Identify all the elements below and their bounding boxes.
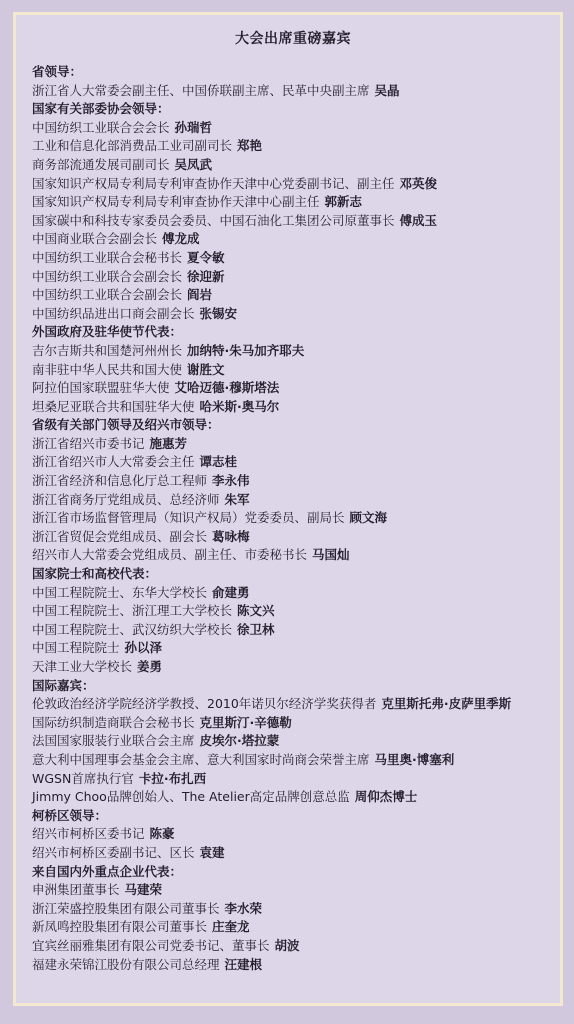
guest-line: 绍兴市柯桥区委书记陈豪 xyxy=(32,825,554,844)
guest-name: 张锡安 xyxy=(200,306,238,321)
guest-name: 孙瑞哲 xyxy=(175,120,213,135)
section-header-national-ministries: 国家有关部委协会领导： xyxy=(32,100,554,119)
guest-name: 周仰杰博士 xyxy=(355,789,418,804)
guest-name: 郑艳 xyxy=(237,138,262,153)
guest-role: 浙江荣盛控股集团有限公司董事长 xyxy=(32,901,220,916)
guest-role: 国家知识产权局专利局专利审查协作天津中心党委副书记、副主任 xyxy=(32,176,395,191)
guest-line: 中国纺织工业联合会副会长徐迎新 xyxy=(32,268,554,287)
guest-line: 浙江荣盛控股集团有限公司董事长李水荣 xyxy=(32,900,554,919)
guest-role: 中国纺织工业联合会秘书长 xyxy=(32,250,182,265)
guest-name: 施惠芳 xyxy=(150,436,188,451)
section-header-province-leaders: 省领导： xyxy=(32,63,554,82)
guest-name: 陈文兴 xyxy=(237,603,275,618)
guest-role: 浙江省绍兴市委书记 xyxy=(32,436,145,451)
guest-line: 宜宾丝丽雅集团有限公司党委书记、董事长胡波 xyxy=(32,937,554,956)
guest-role: 浙江省绍兴市人大常委会主任 xyxy=(32,454,195,469)
guest-name: 卡拉·布扎西 xyxy=(139,771,206,786)
guest-line: 天津工业大学校长姜勇 xyxy=(32,658,554,677)
guest-role: 工业和信息化部消费品工业司副司长 xyxy=(32,138,232,153)
guest-role: 国际纺织制造商联合会秘书长 xyxy=(32,715,195,730)
guest-line: 绍兴市人大常委会党组成员、副主任、市委秘书长马国灿 xyxy=(32,546,554,565)
guest-role: 中国纺织工业联合会副会长 xyxy=(32,269,182,284)
guest-line: 阿拉伯国家联盟驻华大使艾哈迈德·穆斯塔法 xyxy=(32,379,554,398)
guest-role: 浙江省经济和信息化厅总工程师 xyxy=(32,473,207,488)
guest-name: 皮埃尔·塔拉蒙 xyxy=(200,733,280,748)
guest-role: WGSN首席执行官 xyxy=(32,771,134,786)
guest-role: 国家碳中和科技专家委员会委员、中国石油化工集团公司原董事长 xyxy=(32,213,395,228)
guest-name: 哈米斯·奥马尔 xyxy=(200,399,280,414)
guest-role: 伦敦政治经济学院经济学教授、2010年诺贝尔经济学奖获得者 xyxy=(32,696,376,711)
guest-name: 马里奥·博塞利 xyxy=(375,752,455,767)
guest-line: 浙江省绍兴市委书记施惠芳 xyxy=(32,435,554,454)
guest-name: 孙以泽 xyxy=(125,640,163,655)
guest-name: 庄奎龙 xyxy=(212,919,250,934)
section-header-provincial-departments: 省级有关部门领导及绍兴市领导： xyxy=(32,416,554,435)
guest-line: 中国工程院院士、武汉纺织大学校长徐卫林 xyxy=(32,621,554,640)
guest-line: 福建永荣锦江股份有限公司总经理汪建根 xyxy=(32,956,554,975)
guest-role: 国家知识产权局专利局专利审查协作天津中心副主任 xyxy=(32,194,320,209)
guest-name: 夏令敏 xyxy=(187,250,225,265)
guest-name: 马国灿 xyxy=(312,547,350,562)
guest-role: 中国商业联合会副会长 xyxy=(32,231,157,246)
guest-role: 中国工程院院士 xyxy=(32,640,120,655)
guest-role: 阿拉伯国家联盟驻华大使 xyxy=(32,380,170,395)
guest-name: 俞建勇 xyxy=(212,585,250,600)
guest-name: 袁建 xyxy=(200,845,225,860)
guest-role: 绍兴市柯桥区委书记 xyxy=(32,826,145,841)
guest-role: 浙江省商务厅党组成员、总经济师 xyxy=(32,492,220,507)
guest-role: 福建永荣锦江股份有限公司总经理 xyxy=(32,957,220,972)
guest-name: 克里斯汀·辛德勒 xyxy=(200,715,292,730)
guest-role: 绍兴市人大常委会党组成员、副主任、市委秘书长 xyxy=(32,547,307,562)
guest-role: 申洲集团董事长 xyxy=(32,882,120,897)
section-header-foreign-government: 外国政府及驻华使节代表： xyxy=(32,323,554,342)
section-header-academicians: 国家院士和高校代表： xyxy=(32,565,554,584)
guest-line: 中国商业联合会副会长傅龙成 xyxy=(32,230,554,249)
guest-name: 葛咏梅 xyxy=(212,529,250,544)
guest-name: 傅成玉 xyxy=(400,213,438,228)
decorative-border-frame: 大会出席重磅嘉宾 省领导： 浙江省人大常委会副主任、中国侨联副主席、民革中央副主… xyxy=(13,12,563,1006)
guest-role: 新凤鸣控股集团有限公司董事长 xyxy=(32,919,207,934)
guest-name: 顾文海 xyxy=(350,510,388,525)
guest-role: 天津工业大学校长 xyxy=(32,659,132,674)
guest-line: 申洲集团董事长马建荣 xyxy=(32,881,554,900)
guest-line: 浙江省绍兴市人大常委会主任谭志桂 xyxy=(32,453,554,472)
guest-role: 中国纺织工业联合会副会长 xyxy=(32,287,182,302)
guest-role: 中国工程院院士、东华大学校长 xyxy=(32,585,207,600)
section-header-keqiao-leaders: 柯桥区领导： xyxy=(32,807,554,826)
guest-name: 邓英俊 xyxy=(400,176,438,191)
guest-line: 国家碳中和科技专家委员会委员、中国石油化工集团公司原董事长傅成玉 xyxy=(32,212,554,231)
guest-role: 商务部流通发展司副司长 xyxy=(32,157,170,172)
guest-line: 浙江省商务厅党组成员、总经济师朱军 xyxy=(32,491,554,510)
guest-role: 吉尔吉斯共和国楚河州州长 xyxy=(32,343,182,358)
guest-role: 中国纺织品进出口商会副会长 xyxy=(32,306,195,321)
guest-name: 李永伟 xyxy=(212,473,250,488)
section-header-international-guests: 国际嘉宾： xyxy=(32,677,554,696)
guest-line: 工业和信息化部消费品工业司副司长郑艳 xyxy=(32,137,554,156)
guest-name: 郭新志 xyxy=(325,194,363,209)
guest-role: 绍兴市柯桥区委副书记、区长 xyxy=(32,845,195,860)
guest-line: 浙江省人大常委会副主任、中国侨联副主席、民革中央副主席吴晶 xyxy=(32,82,554,101)
section-header-enterprise-representatives: 来自国内外重点企业代表： xyxy=(32,863,554,882)
guest-name: 徐卫林 xyxy=(237,622,275,637)
guest-name: 艾哈迈德·穆斯塔法 xyxy=(175,380,280,395)
guest-name: 谢胜文 xyxy=(187,362,225,377)
guest-line: WGSN首席执行官卡拉·布扎西 xyxy=(32,770,554,789)
guest-role: 浙江省市场监督管理局（知识产权局）党委委员、副局长 xyxy=(32,510,345,525)
page-title: 大会出席重磅嘉宾 xyxy=(32,29,554,49)
guest-name: 朱军 xyxy=(225,492,250,507)
guest-role: Jimmy Choo品牌创始人、The Atelier高定品牌创意总监 xyxy=(32,789,350,804)
guest-line: Jimmy Choo品牌创始人、The Atelier高定品牌创意总监周仰杰博士 xyxy=(32,788,554,807)
guest-name: 马建荣 xyxy=(125,882,163,897)
guest-list: 省领导： 浙江省人大常委会副主任、中国侨联副主席、民革中央副主席吴晶 国家有关部… xyxy=(32,63,554,974)
guest-line: 商务部流通发展司副司长吴凤武 xyxy=(32,156,554,175)
guest-role: 法国国家服装行业联合会主席 xyxy=(32,733,195,748)
guest-name: 傅龙成 xyxy=(162,231,200,246)
guest-line: 新凤鸣控股集团有限公司董事长庄奎龙 xyxy=(32,918,554,937)
guest-line: 中国纺织工业联合会会长孙瑞哲 xyxy=(32,119,554,138)
guest-line: 浙江省经济和信息化厅总工程师李永伟 xyxy=(32,472,554,491)
guest-name: 谭志桂 xyxy=(200,454,238,469)
guest-line: 南非驻中华人民共和国大使谢胜文 xyxy=(32,361,554,380)
guest-line: 中国纺织品进出口商会副会长张锡安 xyxy=(32,305,554,324)
guest-line: 中国纺织工业联合会副会长阎岩 xyxy=(32,286,554,305)
guest-line: 伦敦政治经济学院经济学教授、2010年诺贝尔经济学奖获得者克里斯托弗·皮萨里季斯 xyxy=(32,695,554,714)
guest-line: 浙江省市场监督管理局（知识产权局）党委委员、副局长顾文海 xyxy=(32,509,554,528)
guest-name: 克里斯托弗·皮萨里季斯 xyxy=(381,696,511,711)
guest-line: 意大利中国理事会基金会主席、意大利国家时尚商会荣誉主席马里奥·博塞利 xyxy=(32,751,554,770)
guest-name: 徐迎新 xyxy=(187,269,225,284)
guest-name: 陈豪 xyxy=(150,826,175,841)
guest-role: 宜宾丝丽雅集团有限公司党委书记、董事长 xyxy=(32,938,270,953)
guest-role: 中国纺织工业联合会会长 xyxy=(32,120,170,135)
guest-role: 中国工程院院士、武汉纺织大学校长 xyxy=(32,622,232,637)
guest-name: 加纳特·朱马加齐耶夫 xyxy=(187,343,304,358)
guest-line: 坦桑尼亚联合共和国驻华大使哈米斯·奥马尔 xyxy=(32,398,554,417)
guest-line: 中国纺织工业联合会秘书长夏令敏 xyxy=(32,249,554,268)
guest-line: 中国工程院院士孙以泽 xyxy=(32,639,554,658)
guest-role: 中国工程院院士、浙江理工大学校长 xyxy=(32,603,232,618)
guest-name: 胡波 xyxy=(275,938,300,953)
guest-line: 绍兴市柯桥区委副书记、区长袁建 xyxy=(32,844,554,863)
poster-page: 大会出席重磅嘉宾 省领导： 浙江省人大常委会副主任、中国侨联副主席、民革中央副主… xyxy=(0,0,574,1024)
guest-line: 国家知识产权局专利局专利审查协作天津中心党委副书记、副主任邓英俊 xyxy=(32,175,554,194)
guest-line: 浙江省贸促会党组成员、副会长葛咏梅 xyxy=(32,528,554,547)
guest-role: 浙江省人大常委会副主任、中国侨联副主席、民革中央副主席 xyxy=(32,83,370,98)
guest-name: 姜勇 xyxy=(137,659,162,674)
guest-line: 吉尔吉斯共和国楚河州州长加纳特·朱马加齐耶夫 xyxy=(32,342,554,361)
guest-role: 浙江省贸促会党组成员、副会长 xyxy=(32,529,207,544)
guest-line: 法国国家服装行业联合会主席皮埃尔·塔拉蒙 xyxy=(32,732,554,751)
guest-role: 南非驻中华人民共和国大使 xyxy=(32,362,182,377)
guest-line: 国际纺织制造商联合会秘书长克里斯汀·辛德勒 xyxy=(32,714,554,733)
guest-line: 中国工程院院士、东华大学校长俞建勇 xyxy=(32,584,554,603)
guest-name: 汪建根 xyxy=(225,957,263,972)
guest-line: 中国工程院院士、浙江理工大学校长陈文兴 xyxy=(32,602,554,621)
guest-line: 国家知识产权局专利局专利审查协作天津中心副主任郭新志 xyxy=(32,193,554,212)
guest-name: 吴晶 xyxy=(375,83,400,98)
guest-role: 坦桑尼亚联合共和国驻华大使 xyxy=(32,399,195,414)
guest-name: 吴凤武 xyxy=(175,157,213,172)
guest-name: 阎岩 xyxy=(187,287,212,302)
guest-role: 意大利中国理事会基金会主席、意大利国家时尚商会荣誉主席 xyxy=(32,752,370,767)
guest-name: 李水荣 xyxy=(225,901,263,916)
